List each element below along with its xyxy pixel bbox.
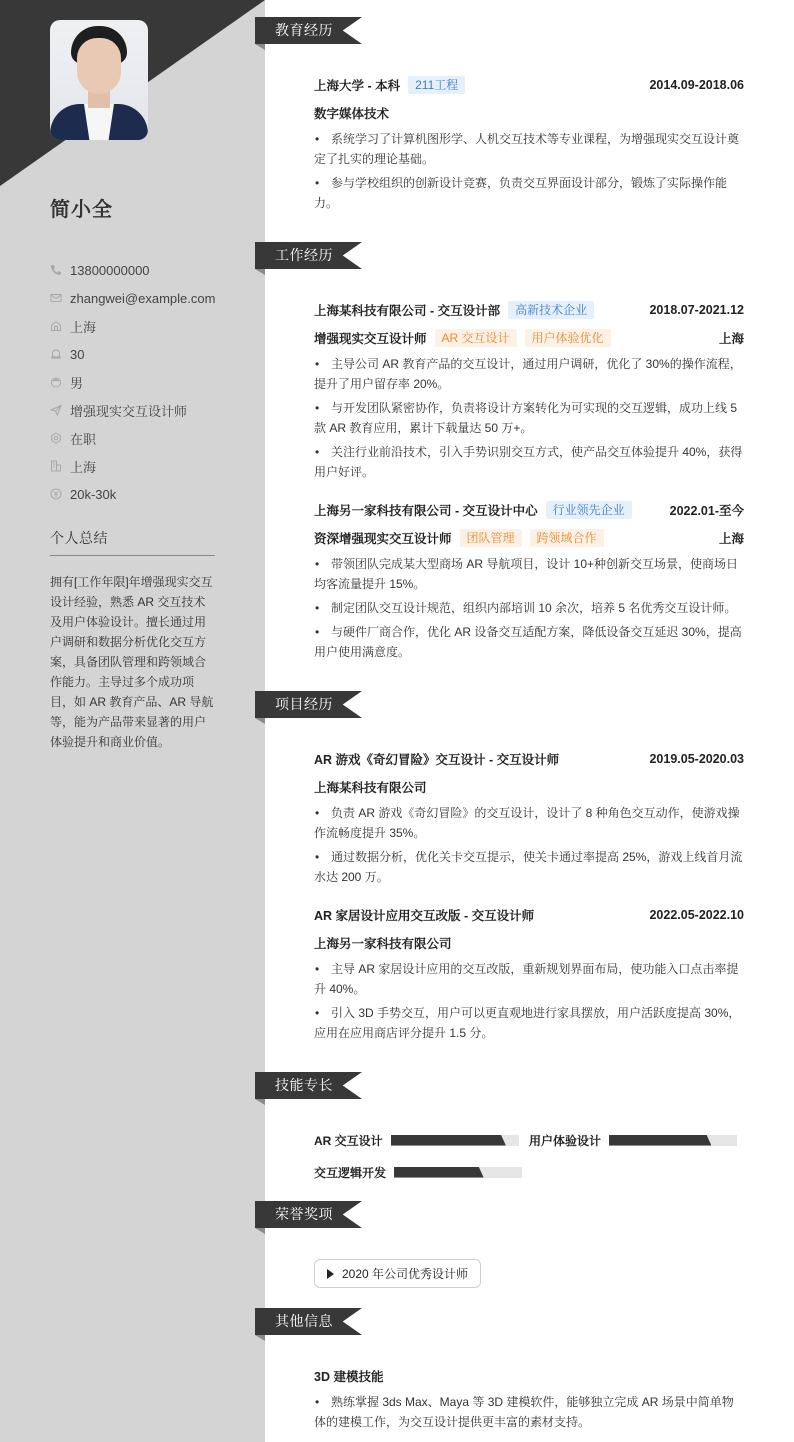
- section-title: 工作经历: [275, 242, 333, 269]
- section-header-projects: 项目经历: [255, 691, 362, 718]
- skill-item: 交互逻辑开发: [314, 1164, 535, 1181]
- skill-bar: [391, 1135, 519, 1146]
- skill-bar: [394, 1167, 522, 1178]
- project-company: 上海另一家科技有限公司: [314, 934, 452, 952]
- project-date: 2019.05-2020.03: [649, 752, 744, 766]
- email-value: zhangwei@example.com: [70, 291, 215, 306]
- phone-icon: [50, 264, 62, 276]
- avatar: [50, 20, 148, 140]
- section-header-work: 工作经历: [255, 242, 362, 269]
- school-name: 上海大学 - 本科: [314, 76, 400, 94]
- status-icon: [50, 432, 62, 444]
- salary-icon: [50, 488, 62, 500]
- list-item: •关注行业前沿技术，引入手势识别交互方式，使产品交互体验提升 40%，获得用户好…: [314, 442, 744, 482]
- section-title: 教育经历: [275, 17, 333, 44]
- list-item: •参与学校组织的创新设计竞赛，负责交互界面设计部分，锻炼了实际操作能力。: [314, 173, 744, 213]
- salary-value: 20k-30k: [70, 487, 116, 502]
- company-tag: 行业领先企业: [546, 501, 632, 519]
- award-item: 2020 年公司优秀设计师: [314, 1259, 481, 1288]
- section-title: 项目经历: [275, 691, 333, 718]
- mail-icon: [50, 292, 62, 304]
- section-title: 荣誉奖项: [275, 1201, 333, 1228]
- list-item: •与开发团队紧密协作，负责将设计方案转化为可实现的交互逻辑，成功上线 5 款 A…: [314, 398, 744, 438]
- section-header-awards: 荣誉奖项: [255, 1201, 362, 1228]
- section-header-education: 教育经历: [255, 17, 362, 44]
- company-name: 上海另一家科技有限公司 - 交互设计中心: [314, 501, 538, 519]
- main-content: 教育经历 上海大学 - 本科 211工程 2014.09-2018.06 数字媒…: [265, 0, 794, 1442]
- info-salary: 20k-30k: [50, 480, 250, 508]
- list-item: •与硬件厂商合作，优化 AR 设备交互适配方案，降低设备交互延迟 30%，提高用…: [314, 622, 744, 662]
- role-tag: AR 交互设计: [435, 329, 517, 347]
- summary-title: 个人总结: [50, 528, 108, 548]
- sidebar: 简小全 13800000000 zhangwei@example.com 上海 …: [0, 0, 265, 1442]
- contact-info-list: 13800000000 zhangwei@example.com 上海 30 男: [50, 256, 250, 508]
- age-icon: [50, 348, 62, 360]
- work-entry-2: 上海另一家科技有限公司 - 交互设计中心 行业领先企业 2022.01-至今 资…: [314, 500, 744, 666]
- info-gender: 男: [50, 368, 250, 396]
- info-job-intent: 增强现实交互设计师: [50, 396, 250, 424]
- residence-value: 上海: [70, 317, 96, 336]
- info-city: 上海: [50, 452, 250, 480]
- list-item: •系统学习了计算机图形学、人机交互技术等专业课程，为增强现实交互设计奠定了扎实的…: [314, 129, 744, 169]
- city-value: 上海: [70, 457, 96, 476]
- gender-value: 男: [70, 373, 83, 392]
- section-header-skills: 技能专长: [255, 1072, 362, 1099]
- age-value: 30: [70, 347, 84, 362]
- company-name: 上海某科技有限公司 - 交互设计部: [314, 301, 500, 319]
- list-item: •制定团队交互设计规范，组织内部培训 10 余次，培养 5 名优秀交互设计师。: [314, 598, 744, 618]
- info-age: 30: [50, 340, 250, 368]
- school-tag: 211工程: [408, 76, 465, 94]
- info-phone: 13800000000: [50, 256, 250, 284]
- section-header-other: 其他信息: [255, 1308, 362, 1335]
- info-residence: 上海: [50, 312, 250, 340]
- project-entry-1: AR 游戏《奇幻冒险》交互设计 - 交互设计师 2019.05-2020.03 …: [314, 749, 744, 891]
- skill-name: 用户体验设计: [529, 1132, 601, 1149]
- paper-plane-icon: [50, 404, 62, 416]
- list-item: •负责 AR 游戏《奇幻冒险》的交互设计，设计了 8 种角色交互动作，使游戏操作…: [314, 803, 744, 843]
- info-status: 在职: [50, 424, 250, 452]
- award-label: 2020 年公司优秀设计师: [342, 1265, 468, 1282]
- role-tag: 跨领域合作: [530, 529, 604, 547]
- major: 数字媒体技术: [314, 104, 389, 122]
- list-item: •主导公司 AR 教育产品的交互设计，通过用户调研，优化了 30%的操作流程，提…: [314, 354, 744, 394]
- work-date: 2018.07-2021.12: [649, 303, 744, 317]
- summary-divider: [50, 555, 215, 556]
- other-info: 3D 建模技能 •熟练掌握 3ds Max、Maya 等 3D 建模软件，能够独…: [314, 1366, 744, 1436]
- status-value: 在职: [70, 429, 96, 448]
- project-company: 上海某科技有限公司: [314, 778, 427, 796]
- education-date: 2014.09-2018.06: [649, 78, 744, 92]
- role-tag: 用户体验优化: [525, 329, 611, 347]
- skill-item: 用户体验设计: [529, 1132, 744, 1149]
- skill-name: AR 交互设计: [314, 1132, 383, 1149]
- list-item: •引入 3D 手势交互，用户可以更直观地进行家具摆放，用户活跃度提高 30%，应…: [314, 1003, 744, 1043]
- work-date: 2022.01-至今: [670, 501, 744, 519]
- project-title: AR 家居设计应用交互改版 - 交互设计师: [314, 906, 534, 924]
- skill-item: AR 交互设计: [314, 1132, 529, 1149]
- summary-text: 拥有[工作年限]年增强现实交互设计经验，熟悉 AR 交互技术及用户体验设计。擅长…: [50, 572, 216, 752]
- job-intent-value: 增强现实交互设计师: [70, 401, 187, 420]
- role-title: 资深增强现实交互设计师: [314, 529, 452, 547]
- project-entry-2: AR 家居设计应用交互改版 - 交互设计师 2022.05-2022.10 上海…: [314, 905, 744, 1047]
- gender-icon: [50, 376, 62, 388]
- other-title: 3D 建模技能: [314, 1367, 383, 1385]
- work-location: 上海: [719, 529, 744, 547]
- candidate-name: 简小全: [50, 193, 113, 222]
- list-item: •带领团队完成某大型商场 AR 导航项目，设计 10+种创新交互场景，使商场日均…: [314, 554, 744, 594]
- phone-value: 13800000000: [70, 263, 150, 278]
- skill-name: 交互逻辑开发: [314, 1164, 386, 1181]
- skill-bar: [609, 1135, 737, 1146]
- role-tag: 团队管理: [460, 529, 522, 547]
- work-location: 上海: [719, 329, 744, 347]
- role-title: 增强现实交互设计师: [314, 329, 427, 347]
- awards-list: 2020 年公司优秀设计师: [314, 1259, 744, 1288]
- section-title: 技能专长: [275, 1072, 333, 1099]
- play-triangle-icon: [327, 1269, 334, 1279]
- building-icon: [50, 460, 62, 472]
- education-entry: 上海大学 - 本科 211工程 2014.09-2018.06 数字媒体技术 •…: [314, 75, 744, 217]
- info-email: zhangwei@example.com: [50, 284, 250, 312]
- project-title: AR 游戏《奇幻冒险》交互设计 - 交互设计师: [314, 750, 559, 768]
- project-date: 2022.05-2022.10: [649, 908, 744, 922]
- home-icon: [50, 320, 62, 332]
- section-title: 其他信息: [275, 1308, 333, 1335]
- company-tag: 高新技术企业: [508, 301, 594, 319]
- skills-list: AR 交互设计 用户体验设计 交互逻辑开发: [314, 1130, 744, 1182]
- list-item: •熟练掌握 3ds Max、Maya 等 3D 建模软件，能够独立完成 AR 场…: [314, 1392, 744, 1432]
- list-item: •主导 AR 家居设计应用的交互改版，重新规划界面布局，使功能入口点击率提升 4…: [314, 959, 744, 999]
- list-item: •通过数据分析，优化关卡交互提示，使关卡通过率提高 25%，游戏上线首月流水达 …: [314, 847, 744, 887]
- work-entry-1: 上海某科技有限公司 - 交互设计部 高新技术企业 2018.07-2021.12…: [314, 300, 744, 486]
